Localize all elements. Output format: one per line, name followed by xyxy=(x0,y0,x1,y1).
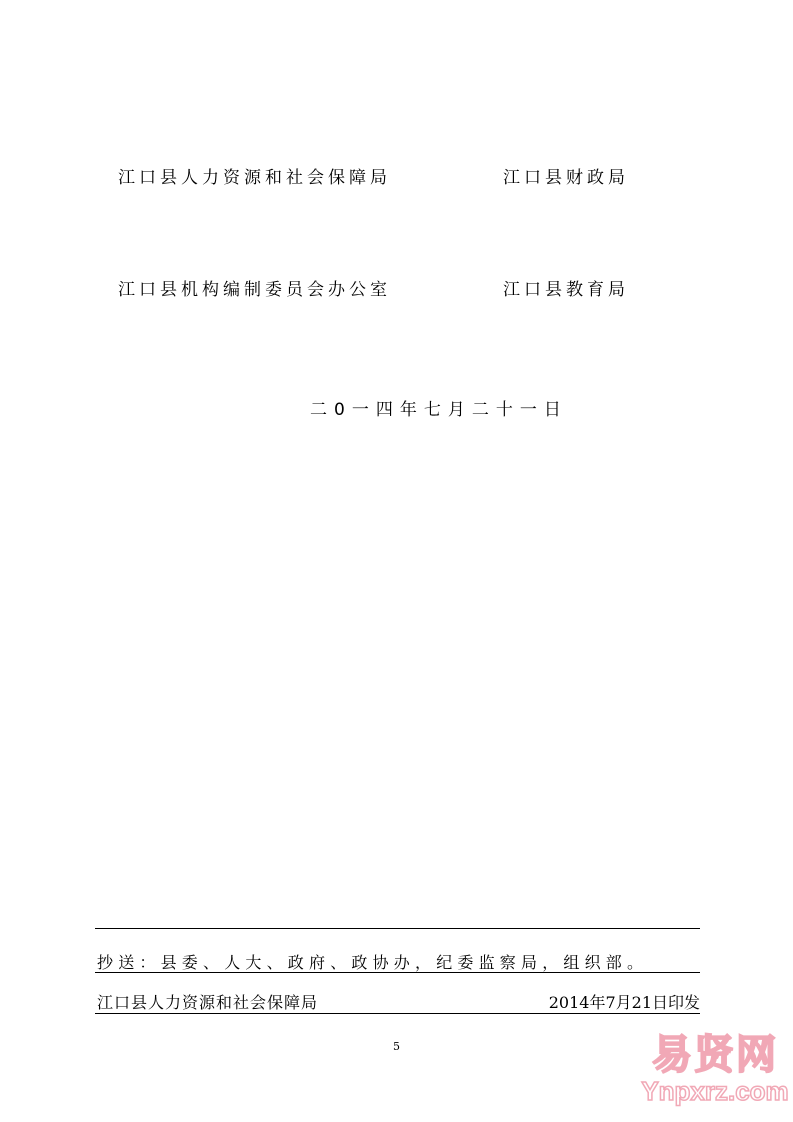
cc-underline xyxy=(95,972,700,973)
watermark-url: Ynpxrz.com xyxy=(640,1077,790,1105)
issue-date: 2014年7月21日印发 xyxy=(549,990,700,1013)
signatory-finance-bureau: 江口县财政局 xyxy=(503,163,629,188)
signatory-education-bureau: 江口县教育局 xyxy=(503,275,629,300)
issuer-underline xyxy=(95,1013,700,1014)
signatory-hrss-bureau: 江口县人力资源和社会保障局 xyxy=(118,163,391,188)
document-date: 二0一四年七月二十一日 xyxy=(310,395,568,420)
watermark-logo: 易贤网 Ynpxrz.com xyxy=(640,1033,790,1105)
footer-top-rule xyxy=(95,928,700,929)
issuer-name: 江口县人力资源和社会保障局 xyxy=(97,993,318,1012)
signatory-staffing-office: 江口县机构编制委员会办公室 xyxy=(118,275,391,300)
cc-line: 抄送：县委、人大、政府、政协办，纪委监察局，组织部。 xyxy=(97,950,700,973)
watermark-cn: 易贤网 xyxy=(640,1033,790,1077)
issuer-line: 江口县人力资源和社会保障局 2014年7月21日印发 xyxy=(97,990,700,1013)
page-number: 5 xyxy=(393,1040,400,1053)
